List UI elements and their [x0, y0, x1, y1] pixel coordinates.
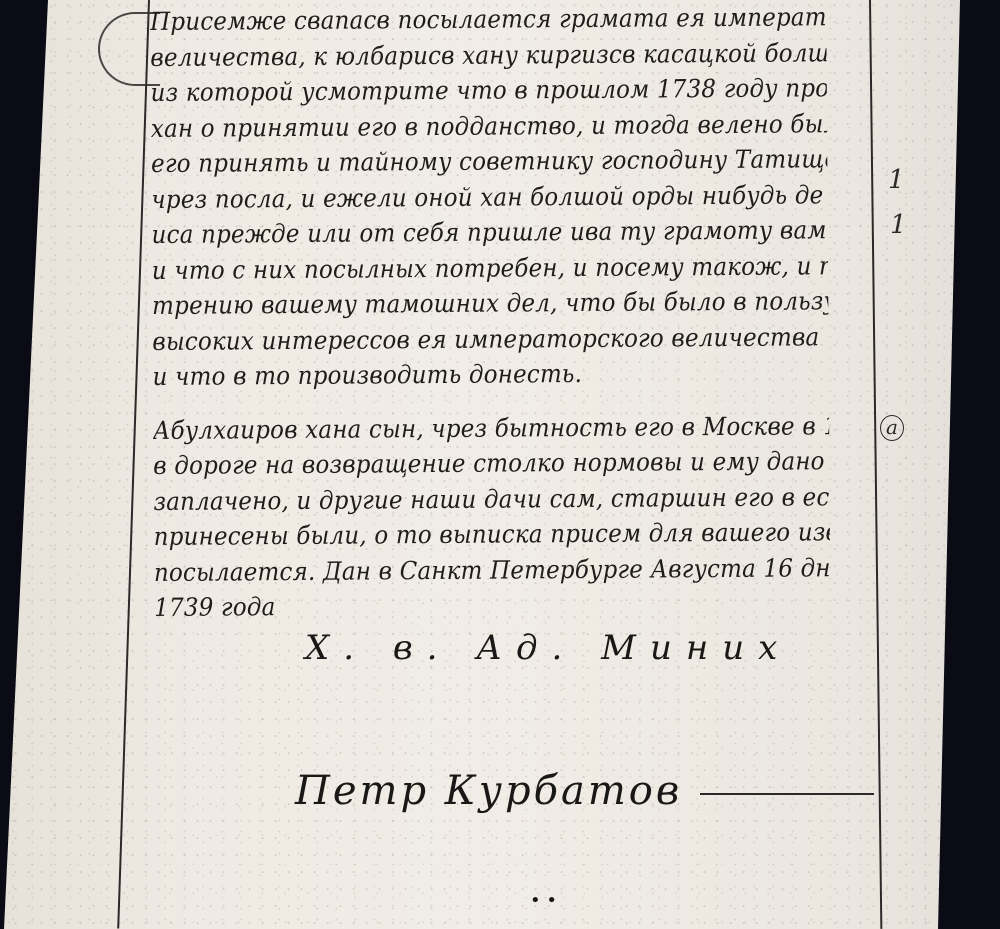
ink-dots: • • [530, 890, 557, 911]
paragraph-2: Абулхаиров хана сын, чрез бытность его в… [153, 407, 889, 625]
text-line: и что с них посылных потребен, и посему … [152, 248, 828, 288]
text-line: высоких интерессов ея императорского вел… [152, 319, 828, 359]
text-line: величества, к юлбарисв хану киргизсв кас… [150, 35, 826, 75]
text-line: трению вашему тамошних дел, что бы было … [152, 283, 828, 323]
text-line: принесены были, о то выписка присем для … [154, 514, 830, 554]
text-line: хан о принятии его в подданство, и тогда… [151, 106, 827, 146]
margin-note: 1 [890, 210, 907, 240]
margin-note: 1 [888, 165, 905, 195]
text-line: посылается. Дан в Санкт Петербурге Авгус… [154, 550, 830, 590]
text-line: из которой усмотрите что в прошлом 1738 … [150, 70, 826, 110]
paragraph-1: Присемже свапасв посылается грамата ея и… [150, 0, 888, 394]
signature-kurbatov: Петр Курбатов [295, 768, 682, 814]
text-line: иса прежде или от себя пришле ива ту гра… [151, 212, 827, 252]
text-line: заплачено, и другие наши дачи сам, старш… [153, 479, 829, 519]
text-line: и что в то производить донесть. [152, 354, 828, 394]
manuscript-body: Присемже свапасв посылается грамата ея и… [150, 0, 889, 625]
date-line: 1739 года [154, 585, 830, 625]
text-line: чрез посла, и ежели оной хан болшой орды… [151, 177, 827, 217]
margin-note-circled: а [880, 415, 904, 441]
signature-minikh: Х. в. Ад. Миних [305, 628, 791, 668]
text-line: его принять и тайному советнику господин… [151, 141, 827, 181]
signature-underline [700, 793, 874, 795]
text-line: Присемже свапасв посылается грамата ея и… [150, 0, 826, 39]
text-line: Абулхаиров хана сын, чрез бытность его в… [153, 408, 829, 448]
text-line: в дороге на возвращение столко нормовы и… [153, 443, 829, 483]
